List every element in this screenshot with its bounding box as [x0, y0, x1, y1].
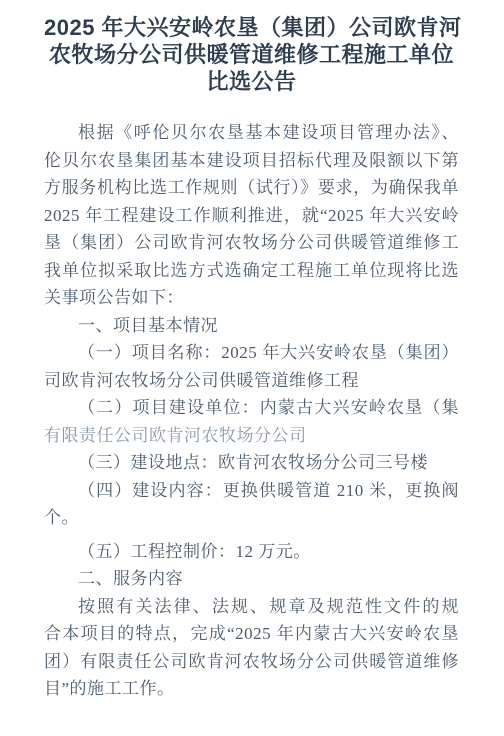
text-line: （五）工程控制价：12 万元。	[44, 538, 459, 566]
text-line: （四）建设内容：更换供暖管道 210 米，更换阀门 6	[44, 477, 459, 505]
title-line: 2025 年大兴安岭农垦（集团）公司欧肯河	[44, 14, 459, 41]
announcement-page: 2025 年大兴安岭农垦（集团）公司欧肯河 农牧场分公司供暖管道维修工程施工单位…	[0, 0, 504, 736]
text-line: 团）有限责任公司欧肯河农牧场分公司供暖管道维修项	[44, 648, 459, 676]
text-line: 个。	[44, 504, 459, 532]
text-line: （一）项目名称：2025 年大兴安岭农垦（集团）公	[44, 339, 459, 367]
text-line: 按照有关法律、法规、规章及规范性文件的规定，结	[44, 593, 459, 621]
text-line: 方服务机构比选工作规则（试行）》要求，为确保我单位	[44, 174, 459, 202]
title-line: 比选公告	[44, 68, 459, 95]
document-title: 2025 年大兴安岭农垦（集团）公司欧肯河 农牧场分公司供暖管道维修工程施工单位…	[44, 14, 459, 95]
text-line: 伦贝尔农垦集团基本建设项目招标代理及限额以下第三	[44, 147, 459, 175]
document-body: 根据《呼伦贝尔农垦基本建设项目管理办法》、《呼 伦贝尔农垦集团基本建设项目招标代…	[44, 119, 459, 703]
text-line: （二）项目建设单位：内蒙古大兴安岭农垦（集团）	[44, 394, 459, 422]
section-heading: 二、服务内容	[44, 565, 459, 593]
text-line: 垦（集团）公司欧肯河农牧场分公司供暖管道维修工程”，	[44, 229, 459, 257]
title-line: 农牧场分公司供暖管道维修工程施工单位	[44, 41, 459, 68]
text-line: 目”的施工工作。	[44, 675, 459, 703]
text-line: 关事项公告如下：	[44, 284, 459, 312]
text-line: 有限责任公司欧肯河农牧场分公司	[44, 422, 459, 450]
text-line: 根据《呼伦贝尔农垦基本建设项目管理办法》、《呼	[44, 119, 459, 147]
section-heading: 一、项目基本情况	[44, 312, 459, 340]
text-line: （三）建设地点：欧肯河农牧场分公司三号楼	[44, 449, 459, 477]
text-line: 司欧肯河农牧场分公司供暖管道维修工程	[44, 367, 459, 395]
text-line: 2025 年工程建设工作顺利推进，就“2025 年大兴安岭农	[44, 202, 459, 230]
text-line: 我单位拟采取比选方式选确定工程施工单位现将比选有	[44, 257, 459, 285]
text-line: 合本项目的特点，完成“2025 年内蒙古大兴安岭农垦（集	[44, 620, 459, 648]
